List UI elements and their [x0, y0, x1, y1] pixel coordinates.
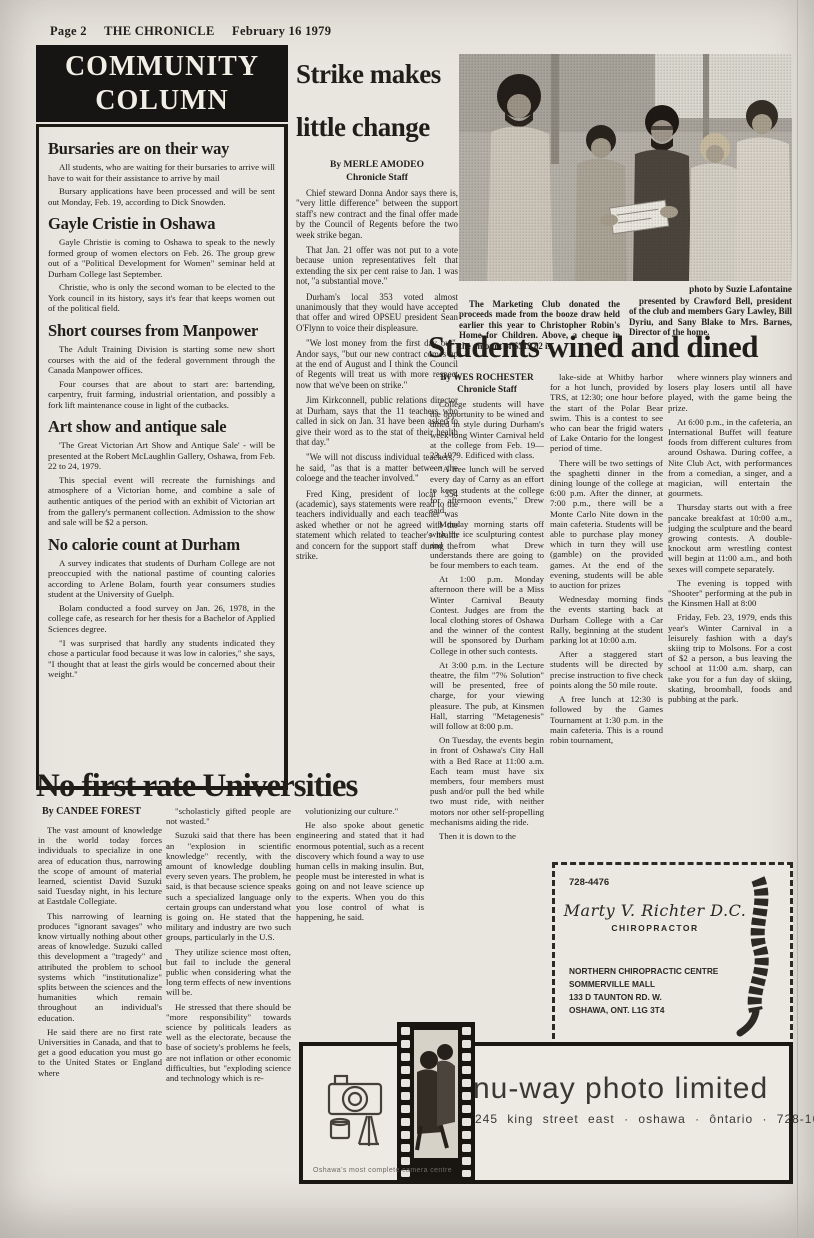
column-paragraphs: lake-side at Whitby harbor for a hot lun… [550, 372, 663, 745]
ad-chiro-phone: 728-4476 [569, 877, 609, 888]
page-number: Page 2 [50, 24, 87, 38]
paragraph: Durham's local 353 voted almost unanimou… [296, 292, 458, 334]
section-heading: Bursaries are on their way [48, 139, 275, 159]
section-bursaries: Bursaries are on their way All students,… [48, 139, 275, 207]
news-photo [459, 54, 792, 281]
paragraph: This narrowing of learning produces "ign… [38, 911, 162, 1023]
article-strike-title: Strike makes little change [296, 48, 458, 153]
byline-author: By WES ROCHESTER [430, 372, 544, 384]
paragraph: He stressed that there should be "more r… [166, 1002, 291, 1084]
issue-date: February 16 1979 [232, 24, 331, 38]
paragraph: That Jan. 21 offer was not put to a vote… [296, 245, 458, 287]
paragraph: Bolam conducted a food survey on Jan. 26… [48, 603, 275, 635]
page-header: Page 2 THE CHRONICLE February 16 1979 [50, 24, 345, 39]
paragraph: where winners play winners and losers pl… [668, 372, 792, 413]
paragraph: After a staggered start students will be… [550, 649, 663, 690]
article-students-col3: where winners play winners and losers pl… [668, 372, 792, 874]
paragraph: The evening is topped with "Shooter" per… [668, 578, 792, 609]
paragraph: Suzuki said that there has been an "expl… [166, 830, 291, 942]
byline-staff: Chronicle Staff [430, 384, 544, 396]
column-paragraphs: The vast amount of knowledge in the worl… [38, 825, 162, 1078]
paragraph: There will be two settings of the spaghe… [550, 458, 663, 591]
title-line: little change [296, 101, 458, 154]
paragraph: This special event will recreate the fur… [48, 475, 275, 528]
paragraph: lake-side at Whitby harbor for a hot lun… [550, 372, 663, 454]
section-heading: Art show and antique sale [48, 417, 275, 437]
paragraph: Monday morning starts off with the ice s… [430, 519, 544, 570]
paragraph: A survey indicates that students of Durh… [48, 558, 275, 600]
paragraph: volutionizing our culture." [296, 806, 424, 816]
paragraph: Christie, who is only the second woman t… [48, 282, 275, 314]
paragraph: On Tuesday, the events begin in front of… [430, 735, 544, 827]
community-column-banner: COMMUNITY COLUMN [36, 45, 288, 122]
paragraph: Gayle Christie is coming to Oshawa to sp… [48, 237, 275, 279]
ad-nuway-address: 245 king street east · oshawa · ôntario … [475, 1112, 814, 1126]
ad-nuway-name: nu-way photo limited [473, 1072, 768, 1106]
paragraph: OSHAWA, ONT. L1G 3T4 [569, 1004, 718, 1017]
ad-chiro-role: CHIROPRACTOR [555, 923, 755, 933]
paragraph: "I was surprised that hardly any student… [48, 638, 275, 680]
column-paragraphs: volutionizing our culture."He also spoke… [296, 806, 424, 922]
article-universities-col2: "scholasticly gifted people are not wast… [166, 806, 291, 1087]
paragraph: "A free lunch will be served every day o… [430, 464, 544, 515]
page-edge-line [797, 0, 798, 1238]
paragraph: At 6:00 p.m., in the cafeteria, an Inter… [668, 417, 792, 499]
paragraph: "scholasticly gifted people are not wast… [166, 806, 291, 826]
paragraph: He said there are no first rate Universi… [38, 1027, 162, 1078]
paragraph: At 1:00 p.m. Monday afternoon there will… [430, 574, 544, 656]
section-paragraphs: A survey indicates that students of Durh… [48, 558, 275, 680]
ad-chiro-address: NORTHERN CHIROPRACTIC CENTRESOMMERVILLE … [569, 965, 718, 1016]
section-paragraphs: Gayle Christie is coming to Oshawa to sp… [48, 237, 275, 314]
article-students-byline: By WES ROCHESTER Chronicle Staff [430, 372, 544, 396]
byline-staff: Chronicle Staff [296, 172, 458, 184]
paragraph: Chief steward Donna Andor says there is,… [296, 188, 458, 240]
paragraph: 'The Great Victorian Art Show and Antiqu… [48, 440, 275, 472]
article-universities-title: No first rate Universities [36, 768, 430, 805]
paragraph: NORTHERN CHIROPRACTIC CENTRE [569, 965, 718, 978]
paragraph: 133 D TAUNTON RD. W. [569, 991, 718, 1004]
film-strip-icon [397, 1022, 475, 1180]
article-universities-col3: volutionizing our culture."He also spoke… [296, 806, 424, 926]
paragraph: College students will have the opportuni… [430, 399, 544, 460]
paragraph: Bursary applications have been processed… [48, 186, 275, 207]
section-heading: Gayle Cristie in Oshawa [48, 214, 275, 234]
paragraph: A free lunch at 12:30 is followed by the… [550, 694, 663, 745]
article-students-col2: lake-side at Whitby harbor for a hot lun… [550, 372, 663, 856]
paragraph: Friday, Feb. 23, 1979, ends this year's … [668, 612, 792, 704]
photo-credit: photo by Suzie Lafontaine [629, 284, 792, 294]
ad-chiro-name: Marty V. Richter D.C. [555, 901, 755, 920]
paragraph: Thursday starts out with a free pancake … [668, 502, 792, 573]
paragraph: They utilize science most often, but fai… [166, 947, 291, 998]
paragraph: Then it is down to the [430, 831, 544, 841]
ad-chiropractor: 728-4476 Marty V. Richter D.C. CHIROPRAC… [552, 862, 793, 1048]
article-strike-byline: By MERLE AMODEO Chronicle Staff [296, 159, 458, 184]
section-paragraphs: 'The Great Victorian Art Show and Antiqu… [48, 440, 275, 527]
banner-line1: COMMUNITY [36, 50, 288, 84]
section-paragraphs: All students, who are waiting for their … [48, 162, 275, 207]
ad-nuway-tagline: Oshawa's most complete camera centre [313, 1167, 452, 1174]
community-column-box: Bursaries are on their way All students,… [36, 124, 288, 790]
column-paragraphs: "scholasticly gifted people are not wast… [166, 806, 291, 1083]
paragraph: He also spoke about genetic engineering … [296, 820, 424, 922]
section-short-courses: Short courses from Manpower The Adult Tr… [48, 321, 275, 410]
article-universities-byline: By CANDEE FOREST [38, 806, 162, 817]
title-line: Strike makes [296, 48, 458, 101]
section-gayle-cristie: Gayle Cristie in Oshawa Gayle Christie i… [48, 214, 275, 314]
article-students-col1: By WES ROCHESTER Chronicle Staff College… [430, 372, 544, 934]
column-paragraphs: College students will have the opportuni… [430, 399, 544, 841]
paragraph: Four courses that are about to start are… [48, 379, 275, 411]
news-photo-image [459, 54, 792, 281]
paragraph: The vast amount of knowledge in the worl… [38, 825, 162, 907]
section-paragraphs: The Adult Training Division is starting … [48, 344, 275, 410]
camera-icon [315, 1066, 393, 1162]
paragraph: Wednesday morning finds the events start… [550, 594, 663, 645]
article-universities-col1: By CANDEE FOREST The vast amount of know… [38, 806, 162, 1082]
paragraph: SOMMERVILLE MALL [569, 978, 718, 991]
section-heading: Short courses from Manpower [48, 321, 275, 341]
paper-name: THE CHRONICLE [104, 24, 215, 38]
section-heading: No calorie count at Durham [48, 535, 275, 555]
byline-author: By MERLE AMODEO [296, 159, 458, 171]
column-paragraphs: where winners play winners and losers pl… [668, 372, 792, 704]
ad-nuway: nu-way photo limited 245 king street eas… [299, 1042, 793, 1184]
paragraph: The Adult Training Division is starting … [48, 344, 275, 376]
article-students-title: Students wined and dined [428, 329, 794, 365]
spine-icon [734, 873, 782, 1037]
paragraph: All students, who are waiting for their … [48, 162, 275, 183]
section-art-show: Art show and antique sale 'The Great Vic… [48, 417, 275, 527]
banner-line2: COLUMN [36, 84, 288, 118]
paragraph: At 3:00 p.m. in the Lecture theatre, the… [430, 660, 544, 731]
section-no-calorie: No calorie count at Durham A survey indi… [48, 535, 275, 680]
